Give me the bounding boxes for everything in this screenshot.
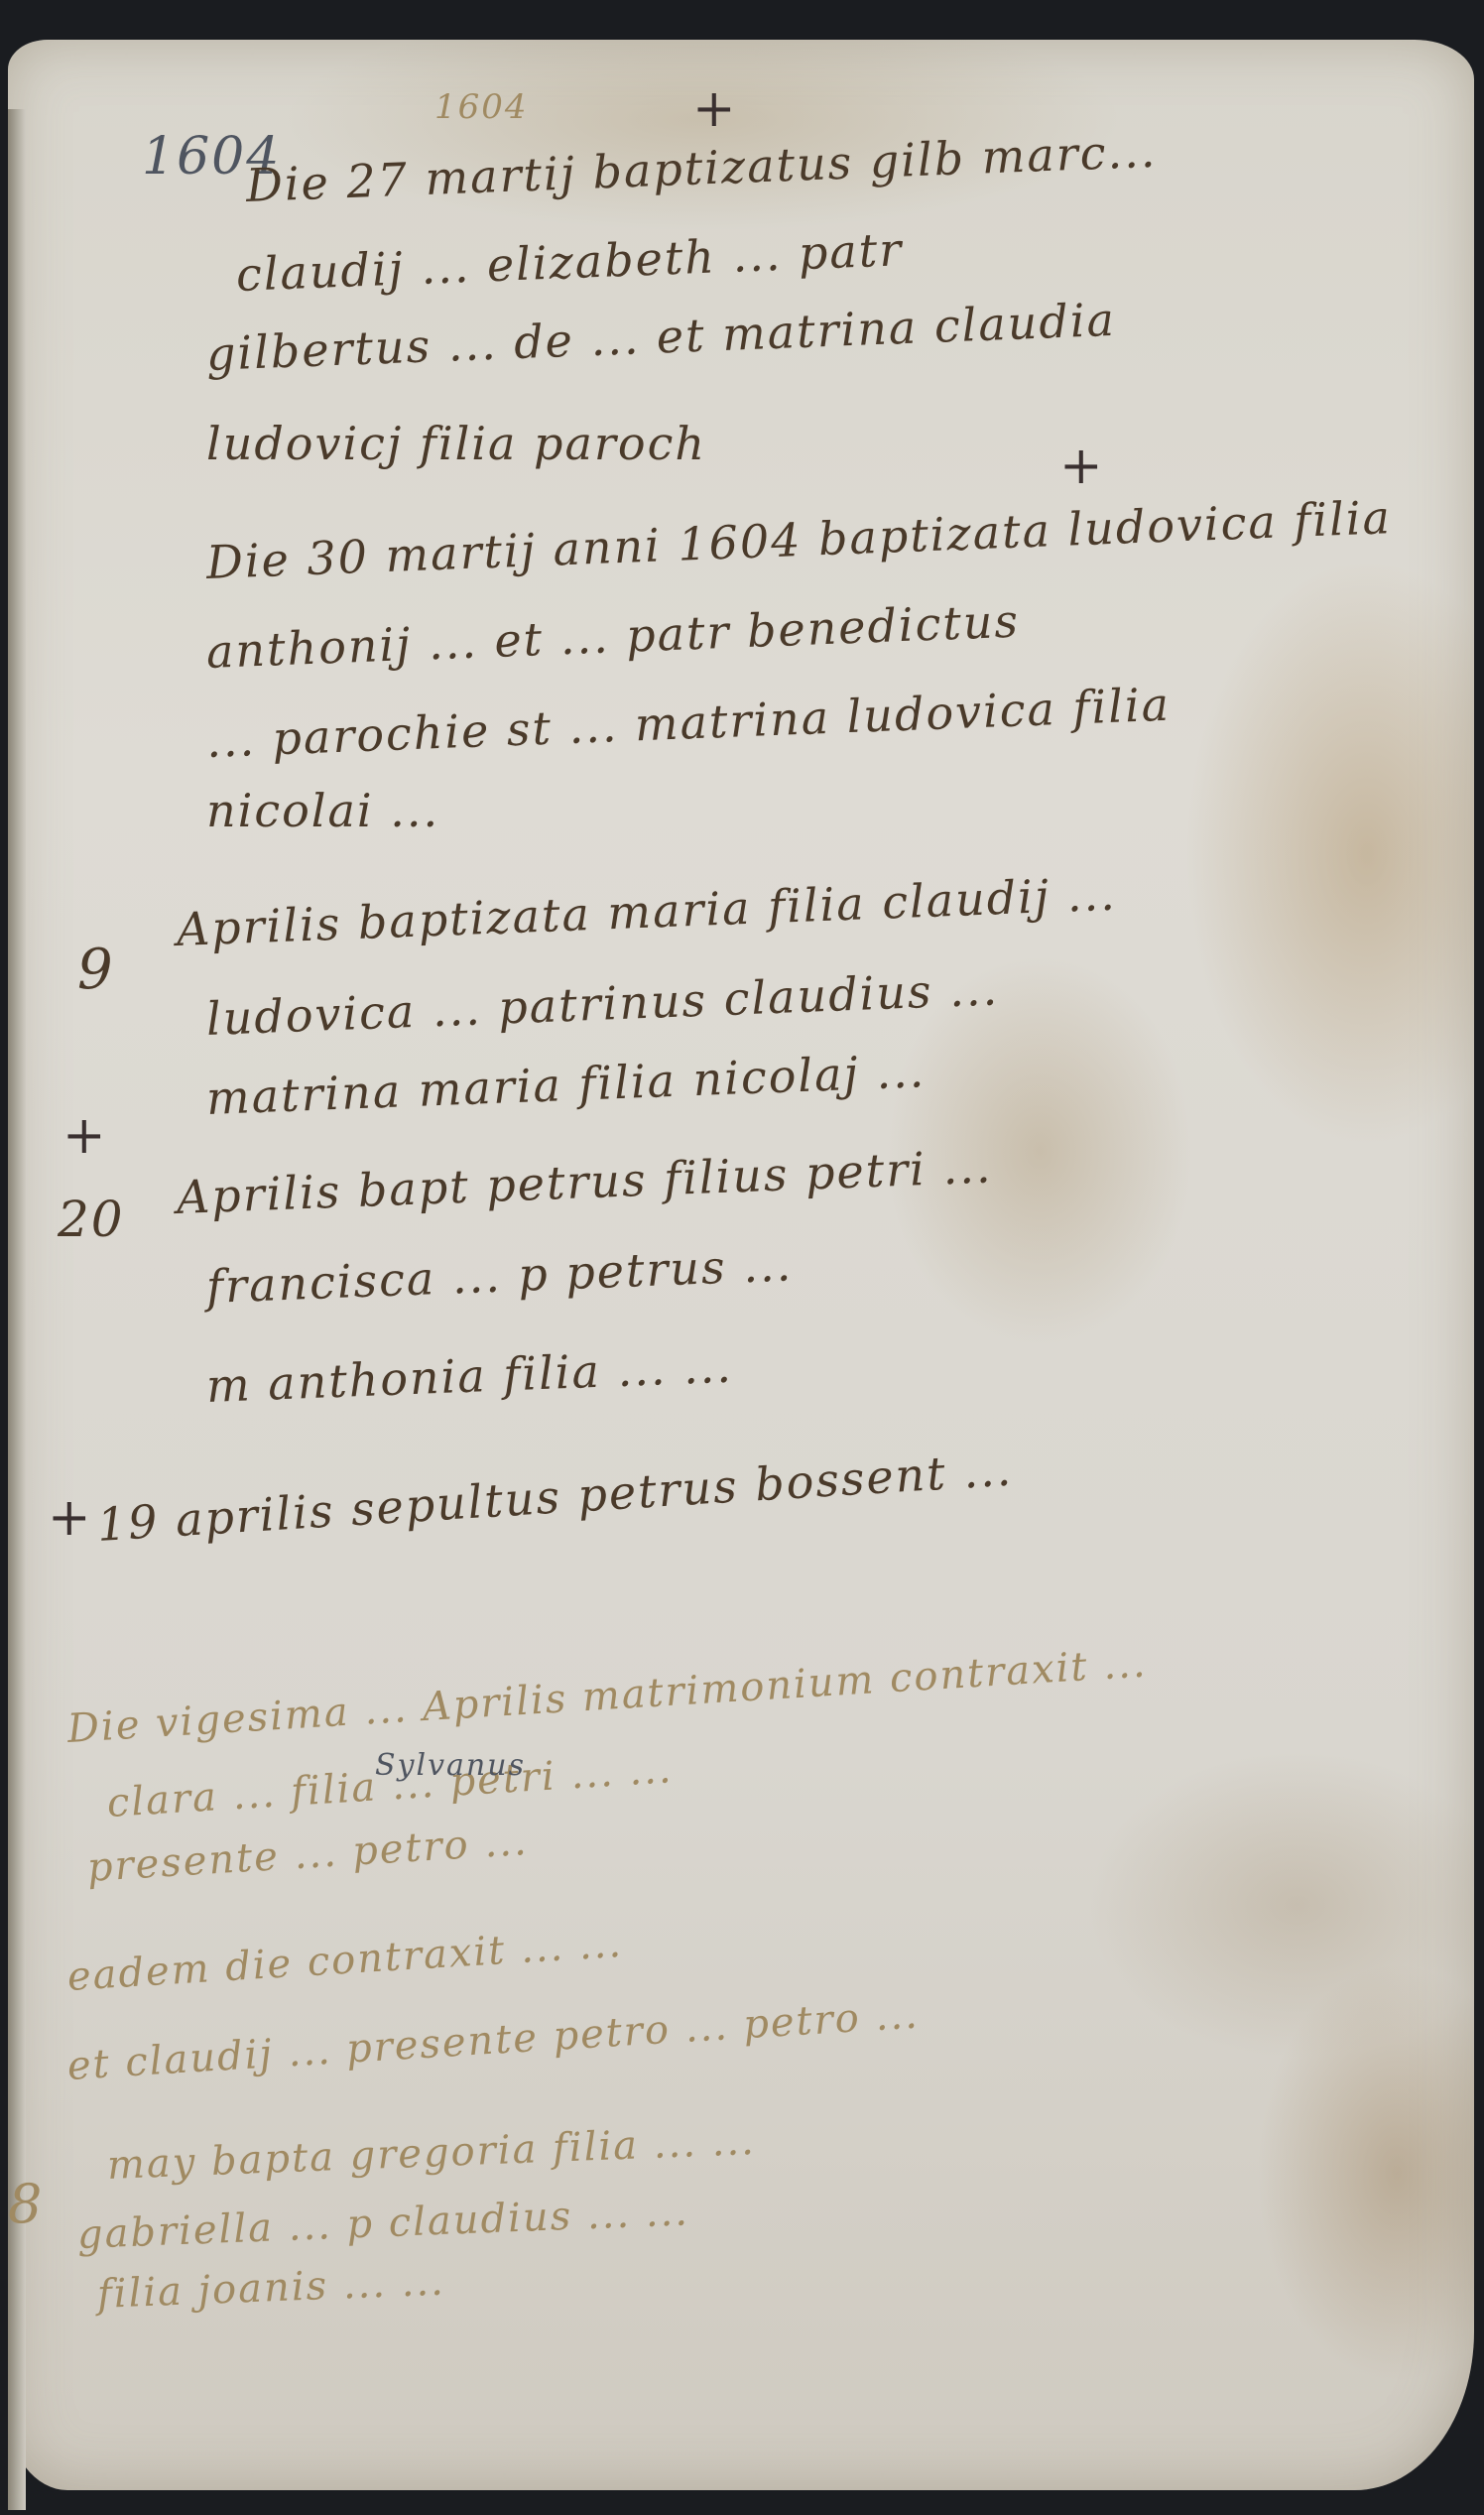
entry-line: m anthonia filia ... ... [205, 1339, 734, 1413]
top-header: 1604 [434, 87, 529, 127]
cross-mark: + [48, 1488, 91, 1548]
entry-line: claudij ... elizabeth ... patr [235, 222, 904, 302]
entry-line: 19 aprilis sepultus petrus bossent ... [95, 1443, 1014, 1552]
entry-line: francisca ... p petrus ... [205, 1237, 794, 1314]
entry-line: Aprilis baptizata maria filia claudij ..… [176, 867, 1118, 956]
entry-line: gabriella ... p claudius ... ... [76, 2189, 689, 2258]
cross-mark: + [1059, 437, 1103, 496]
entry-line: matrina maria filia nicolaj ... [205, 1044, 927, 1125]
entry-line: Die vigesima ... Aprilis matrimonium con… [66, 1640, 1149, 1751]
entry-line: gilbertus ... de ... et matrina claudia [205, 293, 1117, 381]
entry-line: may bapta gregoria filia ... ... [106, 2118, 756, 2189]
entry-line: Aprilis bapt petrus filius petri ... [176, 1139, 993, 1224]
manuscript-page: 1604 1604 + Die 27 martij baptizatus gil… [8, 40, 1474, 2490]
entry-line: ludovicj filia paroch [206, 417, 706, 470]
cross-mark: + [692, 79, 736, 139]
entry-line: nicolai ... [206, 784, 439, 837]
cross-mark: + [62, 1106, 106, 1166]
date-margin: 20 [58, 1191, 125, 1248]
entry-line: ... parochie st ... matrina ludovica fil… [205, 678, 1172, 768]
binding-edge [8, 109, 26, 2510]
entry-line: et claudij ... presente petro ... petro … [66, 1992, 921, 2089]
entry-line: ludovica ... patrinus claudius ... [205, 961, 1000, 1046]
entry-line: presente ... petro ... [86, 1819, 530, 1891]
entry-line: anthonij ... et ... patr benedictus [205, 594, 1021, 679]
entry-line: Die 30 martij anni 1604 baptizata ludovi… [205, 490, 1393, 589]
date-margin: 9 [77, 938, 115, 1002]
entry-line: eadem die contraxit ... ... [66, 1921, 624, 2000]
date-margin: 8 [8, 2173, 44, 2235]
inserted-word: Sylvanus [375, 1748, 526, 1783]
entry-line: filia joanis ... ... [96, 2259, 445, 2318]
